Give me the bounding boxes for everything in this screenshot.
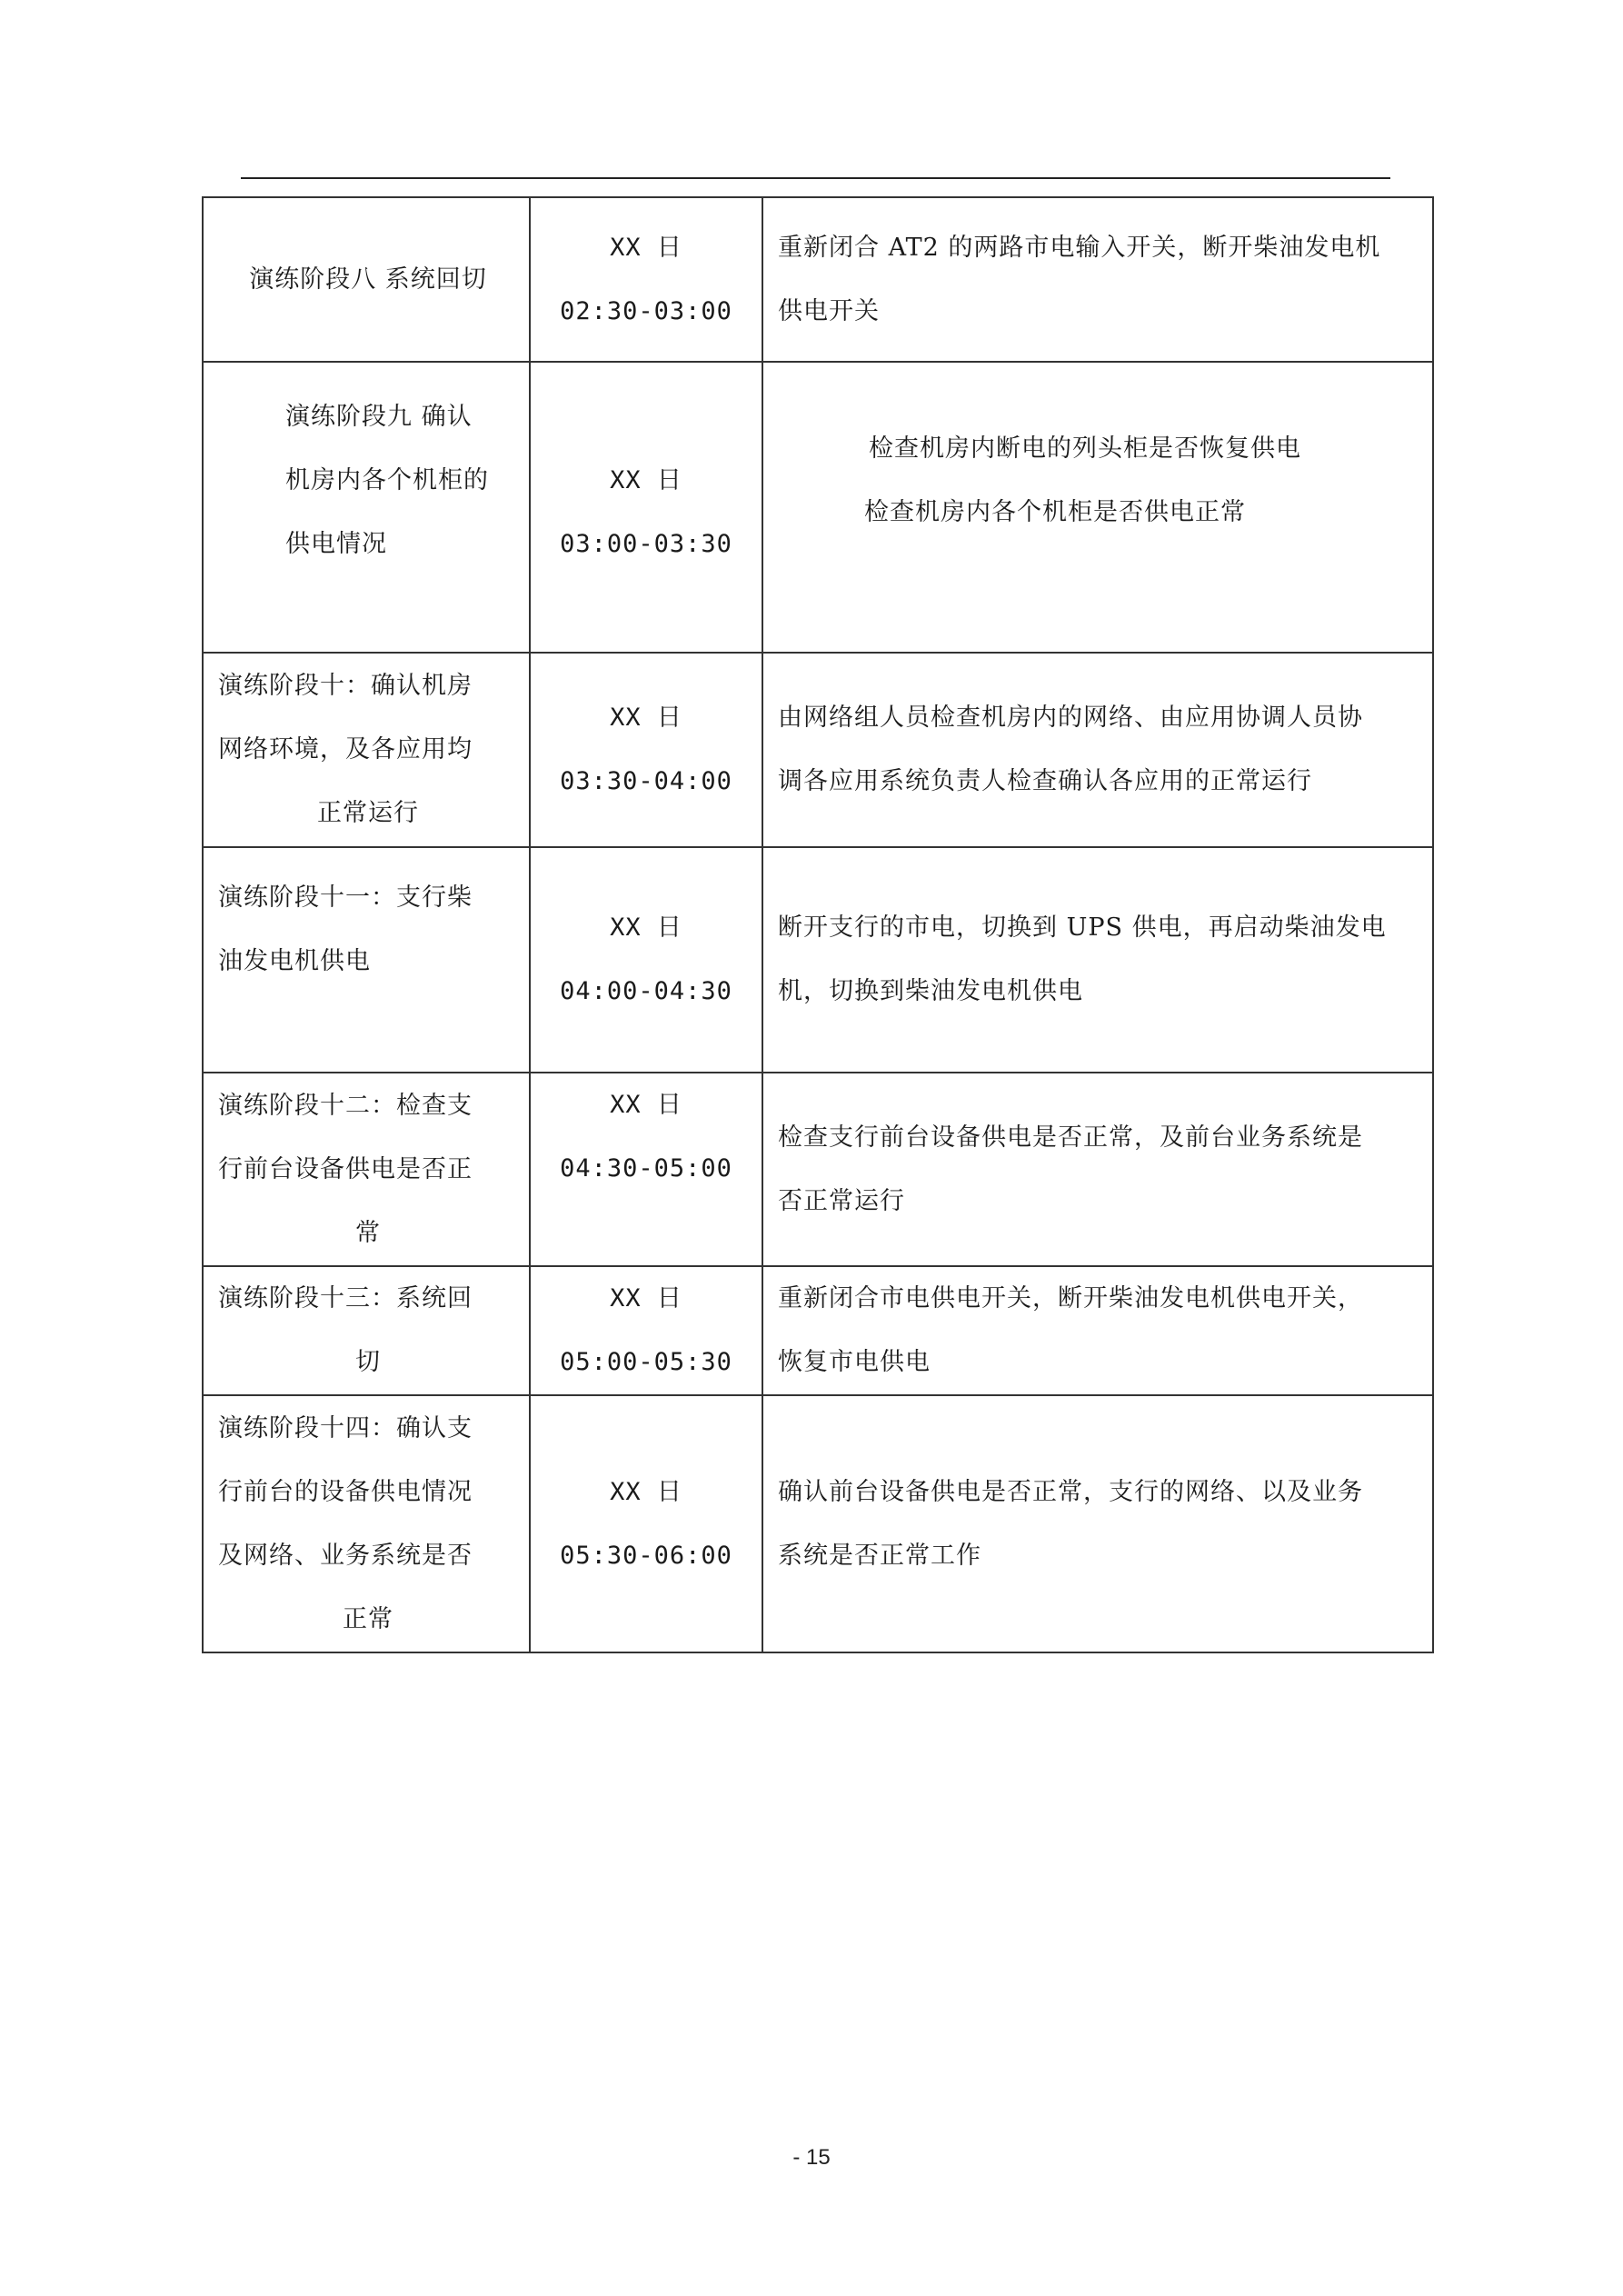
stage-text: 正常运行: [218, 782, 518, 845]
table-row: 演练阶段十一：支行柴 油发电机供电 XX 日 04:00-04:30 断开支行的…: [203, 847, 1433, 1073]
drill-schedule-table: 演练阶段八 系统回切 XX 日 02:30-03:00 重新闭合 AT2 的两路…: [202, 196, 1434, 1653]
date-text: XX 日: [531, 216, 762, 280]
description-text: 系统是否正常工作: [778, 1524, 1419, 1588]
time-range-text: 04:00-04:30: [531, 960, 762, 1023]
time-cell: XX 日 03:00-03:30: [530, 362, 762, 653]
table-row: 演练阶段十：确认机房 网络环境，及各应用均 正常运行 XX 日 03:30-04…: [203, 653, 1433, 847]
date-text: XX 日: [531, 1461, 762, 1524]
table-row: 演练阶段八 系统回切 XX 日 02:30-03:00 重新闭合 AT2 的两路…: [203, 197, 1433, 362]
description-text: 恢复市电供电: [778, 1331, 1419, 1394]
stage-text: 网络环境，及各应用均: [218, 718, 518, 782]
stage-text: 演练阶段十四：确认支: [218, 1397, 518, 1461]
description-cell: 重新闭合市电供电开关，断开柴油发电机供电开关， 恢复市电供电: [762, 1266, 1433, 1395]
time-cell: XX 日 05:00-05:30: [530, 1266, 762, 1395]
time-range-text: 05:30-06:00: [531, 1524, 762, 1588]
time-range-text: 05:00-05:30: [531, 1331, 762, 1394]
time-range-text: 03:30-04:00: [531, 750, 762, 814]
description-text: 否正常运行: [778, 1170, 1419, 1233]
description-text: 确认前台设备供电是否正常，支行的网络、以及业务: [778, 1461, 1419, 1524]
table-row: 演练阶段十二：检查支 行前台设备供电是否正 常 XX 日 04:30-05:00…: [203, 1073, 1433, 1266]
date-text: XX 日: [531, 1267, 762, 1331]
time-range-text: 04:30-05:00: [531, 1137, 762, 1201]
time-cell: XX 日 03:30-04:00: [530, 653, 762, 847]
page-number: - 15: [0, 2145, 1623, 2171]
stage-text: 正常: [218, 1588, 518, 1652]
stage-text: 常: [218, 1202, 518, 1265]
stage-cell: 演练阶段十一：支行柴 油发电机供电: [203, 847, 530, 1073]
stage-text: 及网络、业务系统是否: [218, 1524, 518, 1588]
date-text: XX 日: [531, 896, 762, 960]
description-cell: 检查支行前台设备供电是否正常，及前台业务系统是 否正常运行: [762, 1073, 1433, 1266]
time-range-text: 03:00-03:30: [531, 513, 762, 576]
stage-text: 供电情况: [285, 513, 518, 576]
description-text: 检查机房内各个机柜是否供电正常: [778, 481, 1419, 544]
description-cell: 检查机房内断电的列头柜是否恢复供电 检查机房内各个机柜是否供电正常: [762, 362, 1433, 653]
table-row: 演练阶段十四：确认支 行前台的设备供电情况 及网络、业务系统是否 正常 XX 日…: [203, 1395, 1433, 1652]
description-text: 检查支行前台设备供电是否正常，及前台业务系统是: [778, 1106, 1419, 1170]
table-row: 演练阶段十三：系统回 切 XX 日 05:00-05:30 重新闭合市电供电开关…: [203, 1266, 1433, 1395]
time-cell: XX 日 04:00-04:30: [530, 847, 762, 1073]
description-text: 重新闭合 AT2 的两路市电输入开关，断开柴油发电机: [778, 216, 1419, 280]
stage-cell: 演练阶段十：确认机房 网络环境，及各应用均 正常运行: [203, 653, 530, 847]
stage-text: 演练阶段八 系统回切: [218, 248, 518, 312]
stage-cell: 演练阶段八 系统回切: [203, 197, 530, 362]
time-cell: XX 日 05:30-06:00: [530, 1395, 762, 1652]
description-text: 检查机房内断电的列头柜是否恢复供电: [778, 417, 1419, 481]
time-cell: XX 日 04:30-05:00: [530, 1073, 762, 1266]
stage-cell: 演练阶段十四：确认支 行前台的设备供电情况 及网络、业务系统是否 正常: [203, 1395, 530, 1652]
description-text: 重新闭合市电供电开关，断开柴油发电机供电开关，: [778, 1267, 1419, 1331]
description-cell: 重新闭合 AT2 的两路市电输入开关，断开柴油发电机 供电开关: [762, 197, 1433, 362]
stage-text: 演练阶段十一：支行柴: [218, 866, 518, 930]
description-text: 调各应用系统负责人检查确认各应用的正常运行: [778, 750, 1419, 814]
description-text: 由网络组人员检查机房内的网络、由应用协调人员协: [778, 686, 1419, 750]
stage-text: 切: [218, 1331, 518, 1394]
description-cell: 由网络组人员检查机房内的网络、由应用协调人员协 调各应用系统负责人检查确认各应用…: [762, 653, 1433, 847]
stage-cell: 演练阶段十二：检查支 行前台设备供电是否正 常: [203, 1073, 530, 1266]
date-text: XX 日: [531, 1073, 762, 1137]
stage-text: 演练阶段十三：系统回: [218, 1267, 518, 1331]
stage-text: 演练阶段十二：检查支: [218, 1074, 518, 1138]
stage-text: 演练阶段九 确认: [285, 385, 518, 449]
time-cell: XX 日 02:30-03:00: [530, 197, 762, 362]
description-text: 供电开关: [778, 280, 1419, 344]
date-text: XX 日: [531, 686, 762, 750]
description-cell: 确认前台设备供电是否正常，支行的网络、以及业务 系统是否正常工作: [762, 1395, 1433, 1652]
stage-text: 机房内各个机柜的: [285, 449, 518, 513]
description-text: 机，切换到柴油发电机供电: [778, 960, 1419, 1023]
time-range-text: 02:30-03:00: [531, 280, 762, 344]
header-rule: [241, 177, 1390, 179]
stage-cell: 演练阶段十三：系统回 切: [203, 1266, 530, 1395]
stage-text: 行前台的设备供电情况: [218, 1461, 518, 1524]
description-cell: 断开支行的市电，切换到 UPS 供电，再启动柴油发电 机，切换到柴油发电机供电: [762, 847, 1433, 1073]
date-text: XX 日: [531, 449, 762, 513]
description-text: 断开支行的市电，切换到 UPS 供电，再启动柴油发电: [778, 896, 1419, 960]
table-row: 演练阶段九 确认 机房内各个机柜的 供电情况 XX 日 03:00-03:30 …: [203, 362, 1433, 653]
stage-text: 演练阶段十：确认机房: [218, 654, 518, 718]
stage-text: 油发电机供电: [218, 930, 518, 993]
stage-text: 行前台设备供电是否正: [218, 1138, 518, 1202]
stage-cell: 演练阶段九 确认 机房内各个机柜的 供电情况: [203, 362, 530, 653]
